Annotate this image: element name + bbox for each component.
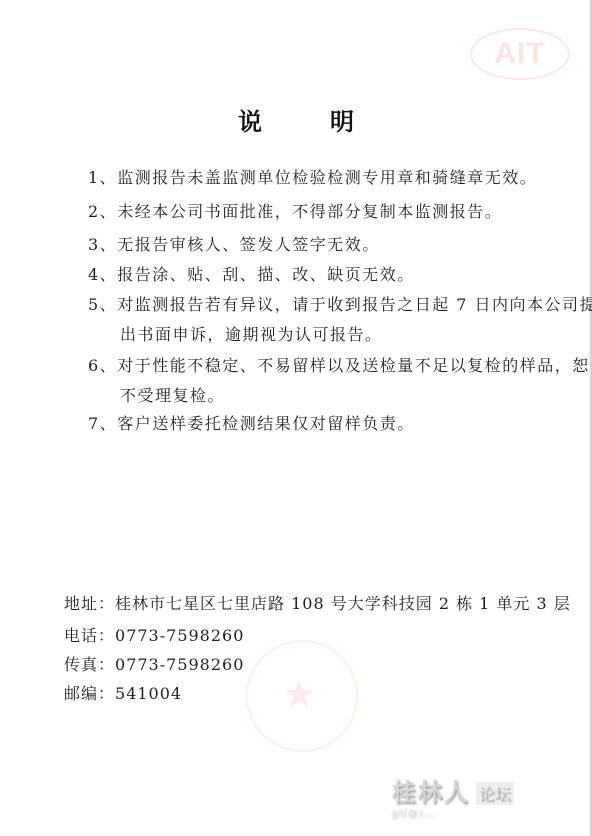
fax-line: 传真：0773-7598260 bbox=[64, 655, 244, 675]
item-text: 未经本公司书面批准，不得部分复制本监测报告。 bbox=[117, 202, 502, 221]
title-char-1: 说 bbox=[238, 102, 262, 137]
watermark-sub: 论坛 bbox=[476, 782, 514, 805]
item-text: 对于性能不稳定、不易留样以及送检量不足以复检的样品，恕 bbox=[117, 356, 590, 375]
star-icon: ★ bbox=[282, 672, 316, 716]
note-item-6: 6、对于性能不稳定、不易留样以及送检量不足以复检的样品，恕 bbox=[88, 356, 590, 376]
title-char-2: 明 bbox=[330, 102, 354, 137]
note-item-5-continuation: 出书面申诉，逾期视为认可报告。 bbox=[88, 325, 383, 345]
postcode-label: 邮编： bbox=[64, 684, 115, 703]
item-text: 客户送样委托检测结果仅对留样负责。 bbox=[117, 414, 415, 433]
note-item-7: 7、客户送样委托检测结果仅对留样负责。 bbox=[88, 414, 415, 434]
note-item-5: 5、对监测报告若有异议，请于收到报告之日起 7 日内向本公司提 bbox=[88, 295, 592, 315]
phone-value: 0773-7598260 bbox=[115, 626, 244, 645]
phone-line: 电话：0773-7598260 bbox=[64, 626, 244, 646]
address-label: 地址： bbox=[64, 594, 115, 613]
item-number: 3、 bbox=[88, 235, 117, 254]
phone-label: 电话： bbox=[64, 626, 115, 645]
forum-watermark: 桂林人论坛 gl(@)… bbox=[392, 772, 552, 822]
note-item-6-continuation: 不受理复检。 bbox=[88, 386, 225, 406]
official-stamp: ★ bbox=[246, 640, 358, 752]
item-continuation: 出书面申诉，逾期视为认可报告。 bbox=[88, 325, 383, 344]
item-number: 7、 bbox=[88, 414, 117, 433]
address-value: 桂林市七星区七里店路 108 号大学科技园 2 栋 1 单元 3 层 bbox=[115, 594, 571, 613]
item-number: 5、 bbox=[88, 295, 117, 314]
item-text: 对监测报告若有异议，请于收到报告之日起 7 日内向本公司提 bbox=[117, 295, 592, 314]
seal-text: AIT bbox=[494, 37, 545, 71]
fax-label: 传真： bbox=[64, 655, 115, 674]
item-number: 4、 bbox=[88, 265, 117, 284]
fax-value: 0773-7598260 bbox=[115, 655, 244, 674]
item-text: 报告涂、贴、刮、描、改、缺页无效。 bbox=[117, 265, 415, 284]
certification-seal: AIT bbox=[470, 28, 570, 80]
page-title: 说 明 bbox=[0, 102, 592, 137]
item-number: 1、 bbox=[88, 168, 117, 187]
note-item-4: 4、报告涂、贴、刮、描、改、缺页无效。 bbox=[88, 265, 415, 285]
item-number: 2、 bbox=[88, 202, 117, 221]
item-continuation: 不受理复检。 bbox=[88, 386, 225, 405]
item-text: 无报告审核人、签发人签字无效。 bbox=[117, 235, 380, 254]
item-number: 6、 bbox=[88, 356, 117, 375]
item-text: 监测报告未盖监测单位检验检测专用章和骑缝章无效。 bbox=[117, 168, 537, 187]
address-line: 地址：桂林市七星区七里店路 108 号大学科技园 2 栋 1 单元 3 层 bbox=[64, 594, 571, 614]
note-item-3: 3、无报告审核人、签发人签字无效。 bbox=[88, 235, 380, 255]
note-item-2: 2、未经本公司书面批准，不得部分复制本监测报告。 bbox=[88, 202, 502, 222]
note-item-1: 1、监测报告未盖监测单位检验检测专用章和骑缝章无效。 bbox=[88, 168, 537, 188]
watermark-url: gl(@)… bbox=[392, 809, 552, 820]
postcode-line: 邮编：541004 bbox=[64, 684, 182, 704]
watermark-main: 桂林人 bbox=[392, 778, 470, 806]
postcode-value: 541004 bbox=[115, 684, 182, 703]
